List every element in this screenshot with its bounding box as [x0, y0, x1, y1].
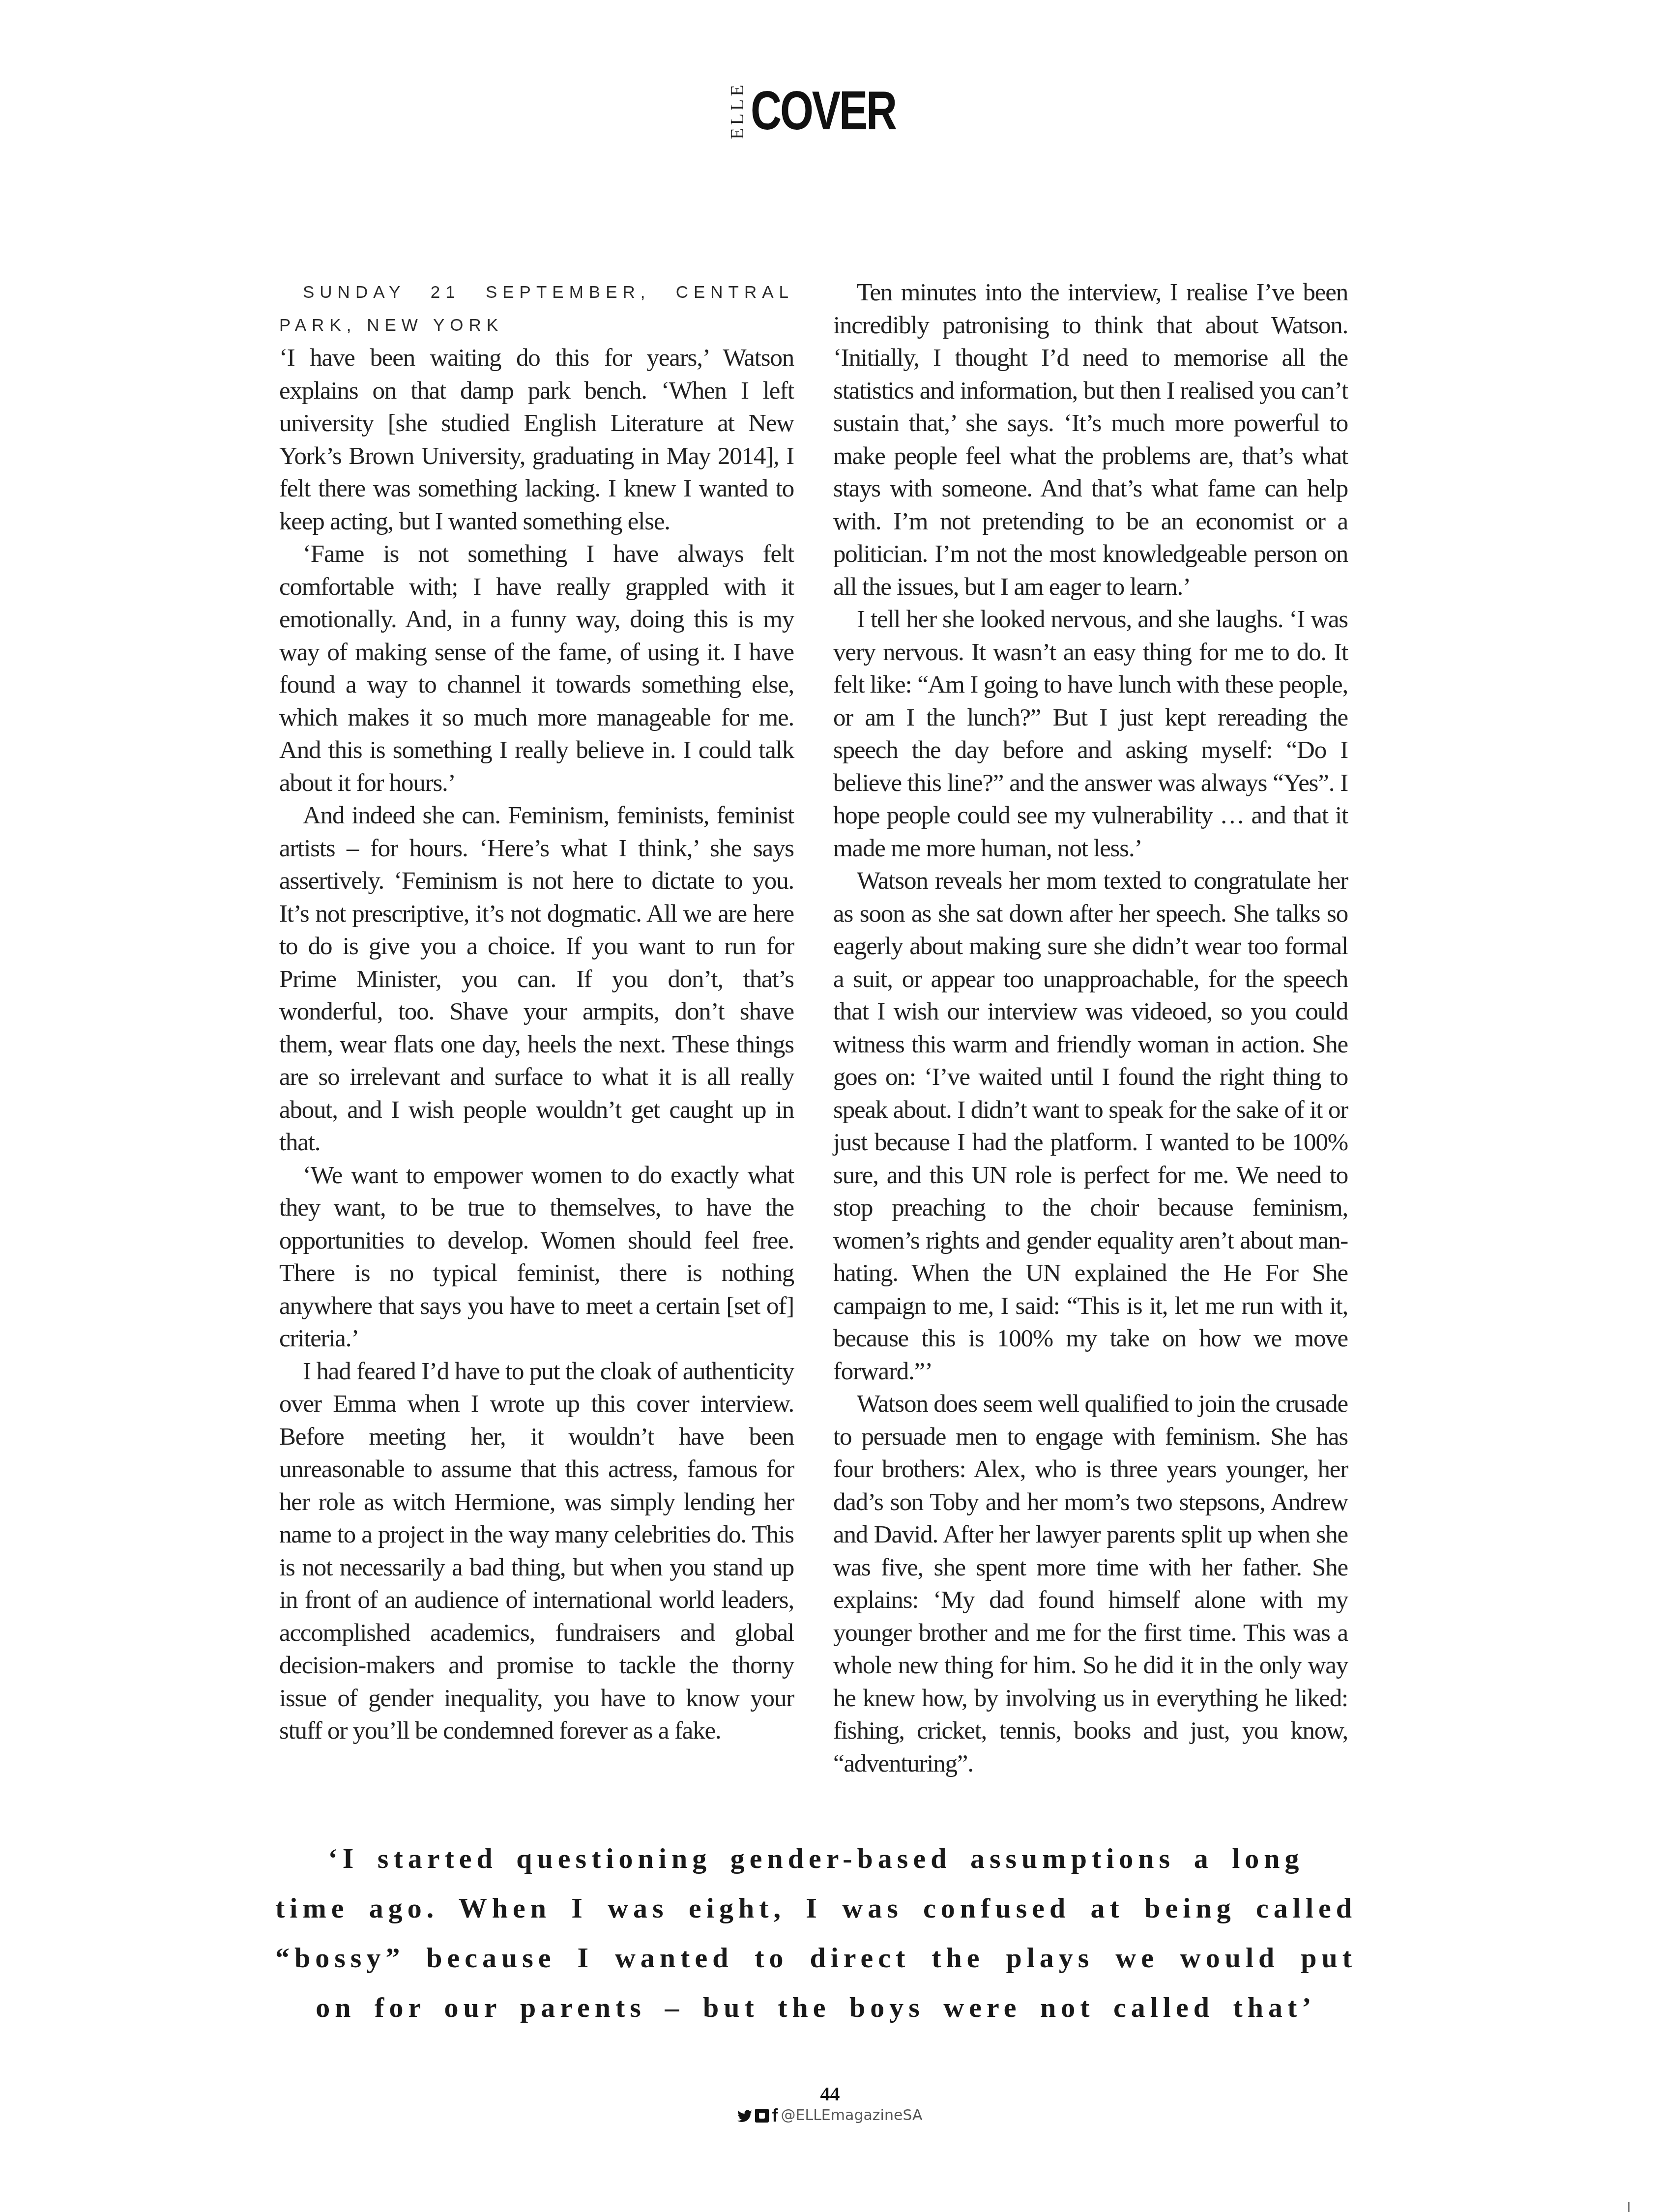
- pull-quote-line: “bossy” because I wanted to direct the p…: [275, 1933, 1357, 1982]
- paragraph: Watson reveals her mom texted to congrat…: [833, 865, 1348, 1388]
- section-header: ELLE COVER: [729, 84, 936, 138]
- pull-quote-line: on for our parents – but the boys were n…: [275, 1982, 1357, 2032]
- elle-logo-vertical: ELLE: [729, 87, 746, 134]
- paragraph: ‘I have been waiting do this for years,’…: [279, 342, 794, 538]
- twitter-icon[interactable]: [737, 2109, 752, 2122]
- pull-quote-line: ‘I started questioning gender-based assu…: [275, 1834, 1357, 1883]
- social-handle[interactable]: @ELLEmagazineSA: [781, 2107, 922, 2124]
- section-title: COVER: [751, 83, 896, 138]
- paragraph: I tell her she looked nervous, and she l…: [833, 603, 1348, 865]
- crop-mark: [1628, 2202, 1630, 2212]
- facebook-icon[interactable]: f: [772, 2108, 778, 2123]
- elle-brand-text: ELLE: [727, 82, 748, 140]
- paragraph: ‘We want to empower women to do exactly …: [279, 1159, 794, 1355]
- paragraph: ‘Fame is not something I have always fel…: [279, 538, 794, 799]
- paragraph: Ten minutes into the interview, I realis…: [833, 276, 1348, 603]
- pull-quote: ‘I started questioning gender-based assu…: [275, 1834, 1357, 2032]
- page-number: 44: [0, 2083, 1660, 2105]
- paragraph: And indeed she can. Feminism, feminists,…: [279, 799, 794, 1159]
- page-footer: 44 f @ELLEmagazineSA: [0, 2083, 1660, 2124]
- pull-quote-line: time ago. When I was eight, I was confus…: [275, 1883, 1357, 1933]
- article-column-right: Ten minutes into the interview, I realis…: [833, 276, 1348, 1780]
- dateline: SUNDAY 21 SEPTEMBER, CENTRAL PARK, NEW Y…: [279, 276, 794, 342]
- article-column-left: SUNDAY 21 SEPTEMBER, CENTRAL PARK, NEW Y…: [279, 276, 794, 1747]
- social-links: f @ELLEmagazineSA: [0, 2107, 1660, 2124]
- instagram-icon[interactable]: [755, 2109, 769, 2123]
- paragraph: Watson does seem well qualified to join …: [833, 1388, 1348, 1780]
- paragraph: I had feared I’d have to put the cloak o…: [279, 1355, 794, 1747]
